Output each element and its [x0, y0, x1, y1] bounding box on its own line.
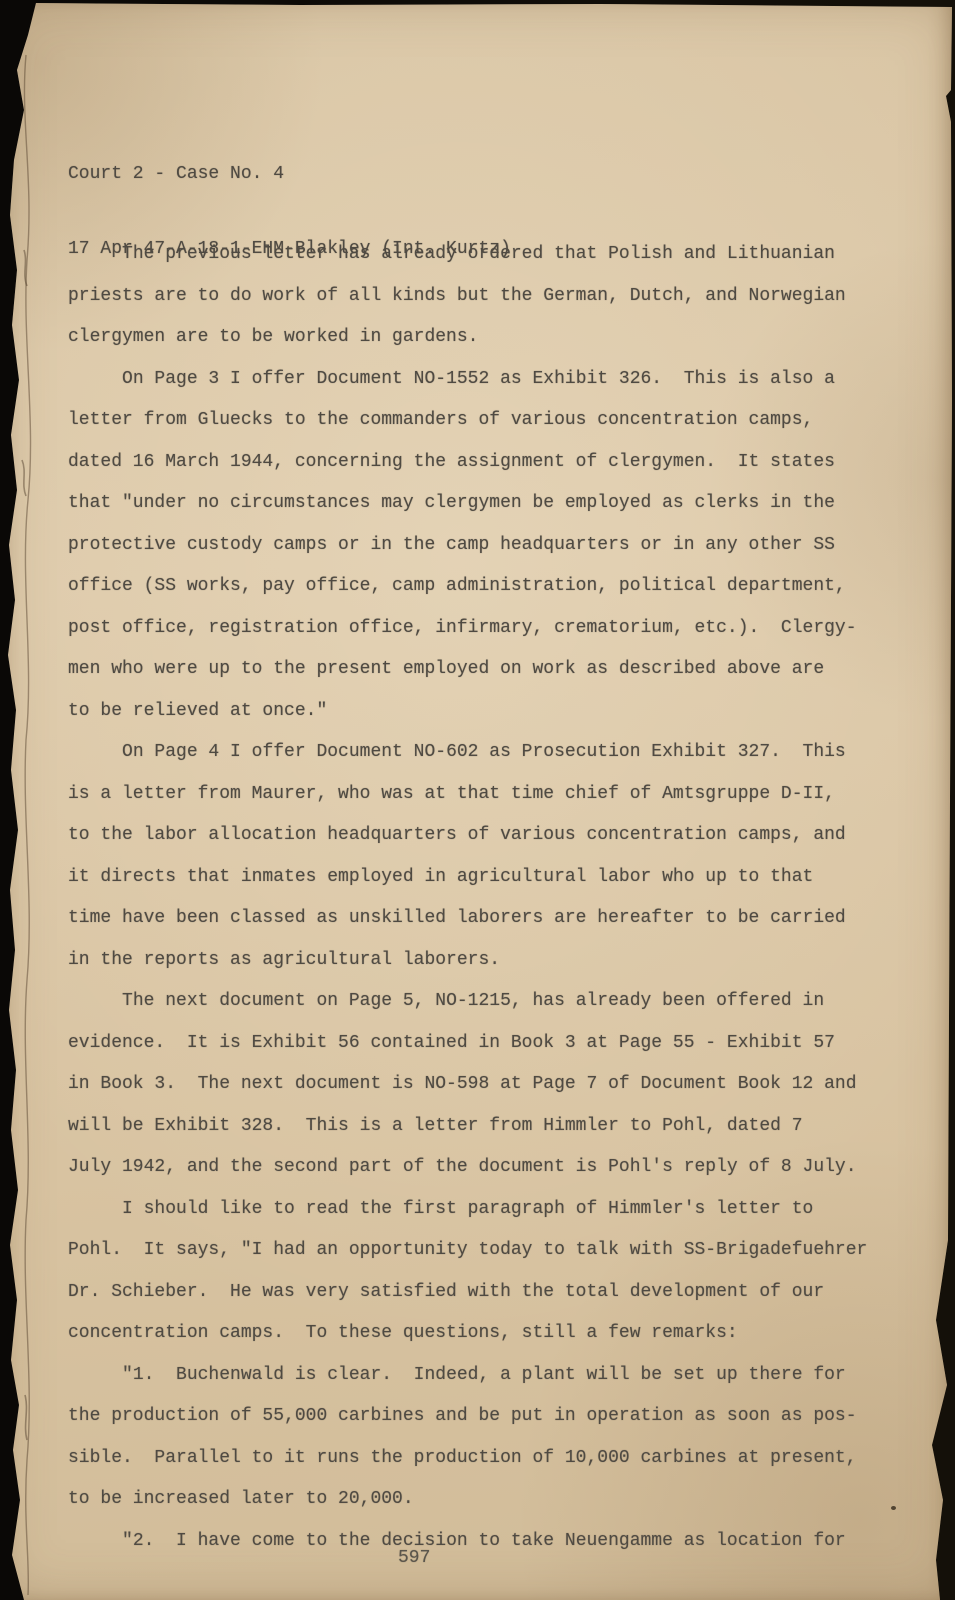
- paragraph: The next document on Page 5, NO-1215, ha…: [68, 981, 898, 1189]
- paragraph: "1. Buchenwald is clear. Indeed, a plant…: [68, 1355, 898, 1521]
- scan-background: Court 2 - Case No. 4 17 Apr 47-A-18-1-EH…: [0, 0, 955, 1600]
- page-number: 597: [398, 1548, 430, 1568]
- paragraph: The previous letter has already ordered …: [68, 234, 898, 359]
- paragraph: On Page 3 I offer Document NO-1552 as Ex…: [68, 359, 898, 733]
- paper-speck: [891, 1506, 896, 1510]
- paragraph: I should like to read the first paragrap…: [68, 1189, 898, 1355]
- document-body: The previous letter has already ordered …: [68, 234, 898, 1562]
- paragraph: On Page 4 I offer Document NO-602 as Pro…: [68, 732, 898, 981]
- header-court-line: Court 2 - Case No. 4: [68, 162, 511, 187]
- paragraph: "2. I have come to the decision to take …: [68, 1521, 898, 1563]
